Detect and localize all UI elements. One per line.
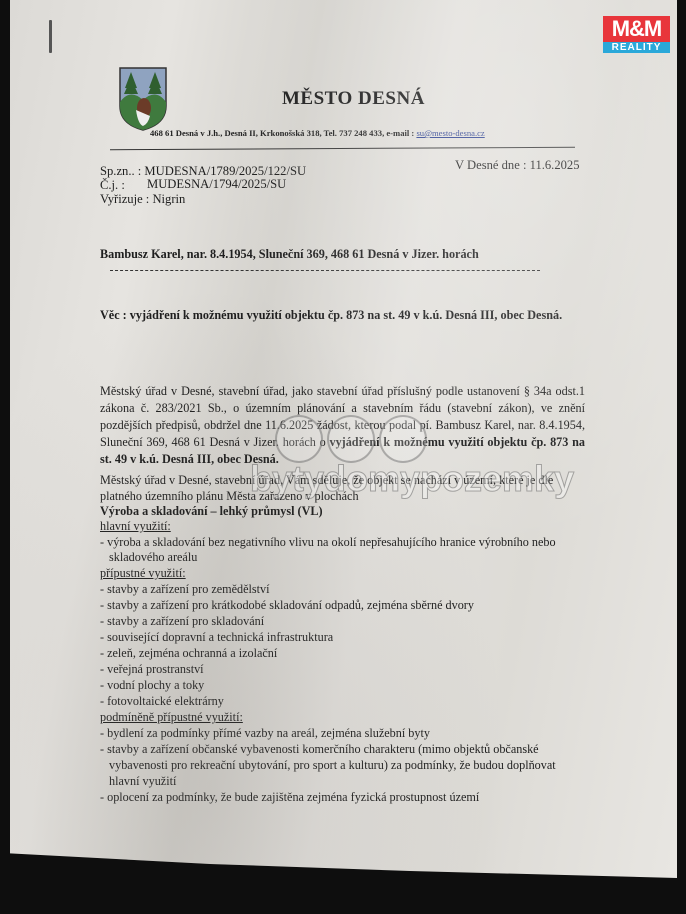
list-item: - stavby a zařízení pro zemědělství xyxy=(100,582,270,597)
zone-title: Výroba a skladování – lehký průmysl (VL) xyxy=(100,504,323,519)
recipient-divider xyxy=(110,270,540,271)
list-item: - stavby a zařízení pro krátkodobé sklad… xyxy=(100,598,474,613)
page-title: MĚSTO DESNÁ xyxy=(282,88,425,110)
town-crest-icon xyxy=(118,66,168,132)
main-use-label: hlavní využití: xyxy=(100,519,171,534)
list-item: - bydlení za podmínky přímé vazby na are… xyxy=(100,726,430,741)
permitted-use-label: přípustné využití: xyxy=(100,566,186,581)
reference-label: Č.j. : xyxy=(100,178,125,193)
mm-reality-logo: M&M REALITY xyxy=(603,16,670,53)
handled-by: Vyřizuje : Nigrin xyxy=(100,192,185,207)
subject: Věc : vyjádření k možnému využití objekt… xyxy=(100,307,585,324)
list-item: skladového areálu xyxy=(109,550,197,565)
letterhead-divider xyxy=(110,147,575,150)
list-item: vybavenosti pro rekreační ubytování, pro… xyxy=(109,758,556,773)
reference-number: MUDESNA/1794/2025/SU xyxy=(147,177,286,192)
list-item: - související dopravní a technická infra… xyxy=(100,630,333,645)
document-page: MĚSTO DESNÁ 468 61 Desná v J.h., Desná I… xyxy=(10,0,677,878)
list-item: - stavby a zařízení občanské vybavenosti… xyxy=(100,742,539,757)
watermark-text: bytydomypozemky xyxy=(250,458,574,500)
list-item: - oplocení za podmínky, že bude zajištěn… xyxy=(100,790,479,805)
conditional-use-label: podmíněně přípustné využití: xyxy=(100,710,243,725)
list-item: - stavby a zařízení pro skladování xyxy=(100,614,264,629)
list-item: hlavní využití xyxy=(109,774,176,789)
list-item: - vodní plochy a toky xyxy=(100,678,204,693)
recipient: Bambusz Karel, nar. 8.4.1954, Sluneční 3… xyxy=(100,247,479,262)
list-item: - zeleň, zejména ochranná a izolační xyxy=(100,646,277,661)
staple xyxy=(49,20,52,53)
document-date: V Desné dne : 11.6.2025 xyxy=(455,158,580,173)
email-link[interactable]: su@mesto-desna.cz xyxy=(416,128,484,138)
list-item: - výroba a skladování bez negativního vl… xyxy=(100,535,556,550)
list-item: - veřejná prostranství xyxy=(100,662,204,677)
letterhead-address: 468 61 Desná v J.h., Desná II, Krkonošsk… xyxy=(150,128,485,138)
list-item: - fotovoltaické elektrárny xyxy=(100,694,224,709)
